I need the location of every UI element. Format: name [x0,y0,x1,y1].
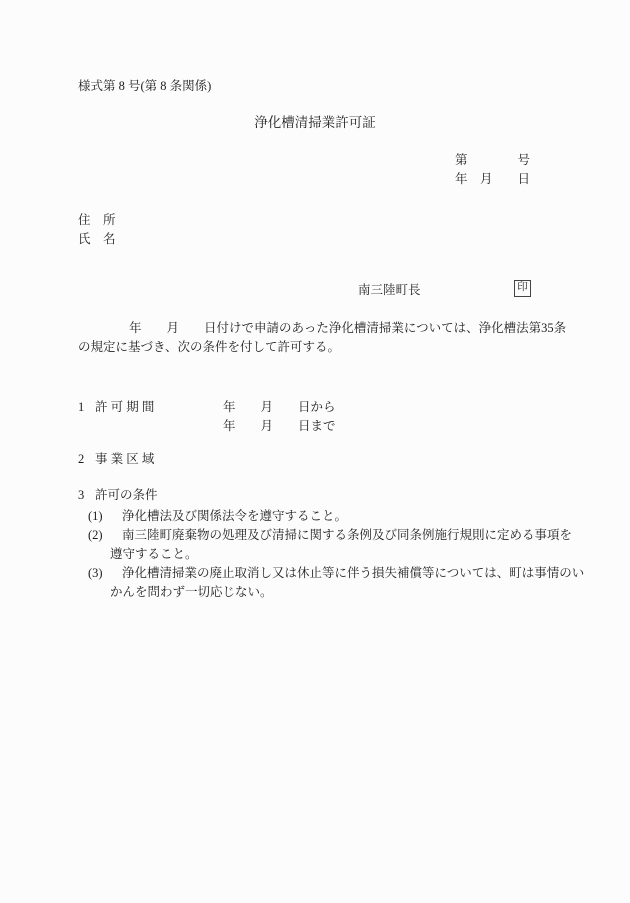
section-2-heading: 事 業 区 域 [95,452,154,466]
seal-label: 印 [517,283,528,294]
condition-3-marker: (3) [88,566,103,580]
permit-number-line: 第 号 [455,153,530,167]
section-1-heading: 許 可 期 間 [95,400,154,414]
condition-3-text-line-2: かんを問わず一切応じない。 [110,585,273,599]
condition-2-text-line-2: 遵守すること。 [110,547,198,561]
section-2-number: 2 [78,452,84,466]
section-3-heading: 許可の条件 [95,488,158,502]
intro-line-2: の規定に基づき、次の条件を付して許可する。 [78,340,340,354]
condition-2-text-line-1: 南三陸町廃棄物の処理及び清掃に関する条例及び同条例施行規則に定める事項を [122,528,572,542]
section-3-number: 3 [78,488,84,502]
condition-1-text: 浄化槽法及び関係法令を遵守すること。 [122,509,347,523]
condition-3-text-line-1: 浄化槽清掃業の廃止取消し又は休止等に伴う損失補償等については、町は事情のい [122,566,584,580]
issue-date-line: 年 月 日 [455,172,530,186]
condition-1-marker: (1) [88,509,103,523]
document-title: 浄化槽清掃業許可証 [0,115,630,131]
section-1-period-from: 年 月 日から [223,400,336,414]
issuer-title: 南三陸町長 [358,283,421,297]
section-1-period-to: 年 月 日まで [223,419,336,433]
form-number: 様式第 8 号(第 8 条関係) [78,79,211,93]
name-label: 氏 名 [78,232,116,246]
seal-mark: 印 [514,280,531,297]
permit-document-page: 様式第 8 号(第 8 条関係) 浄化槽清掃業許可証 第 号 年 月 日 住 所… [0,0,630,903]
condition-2-marker: (2) [88,528,103,542]
address-label: 住 所 [78,213,116,227]
section-1-number: 1 [78,400,84,414]
intro-line-1: 年 月 日付けで申請のあった浄化槽清掃業については、浄化槽法第35条 [129,321,566,335]
